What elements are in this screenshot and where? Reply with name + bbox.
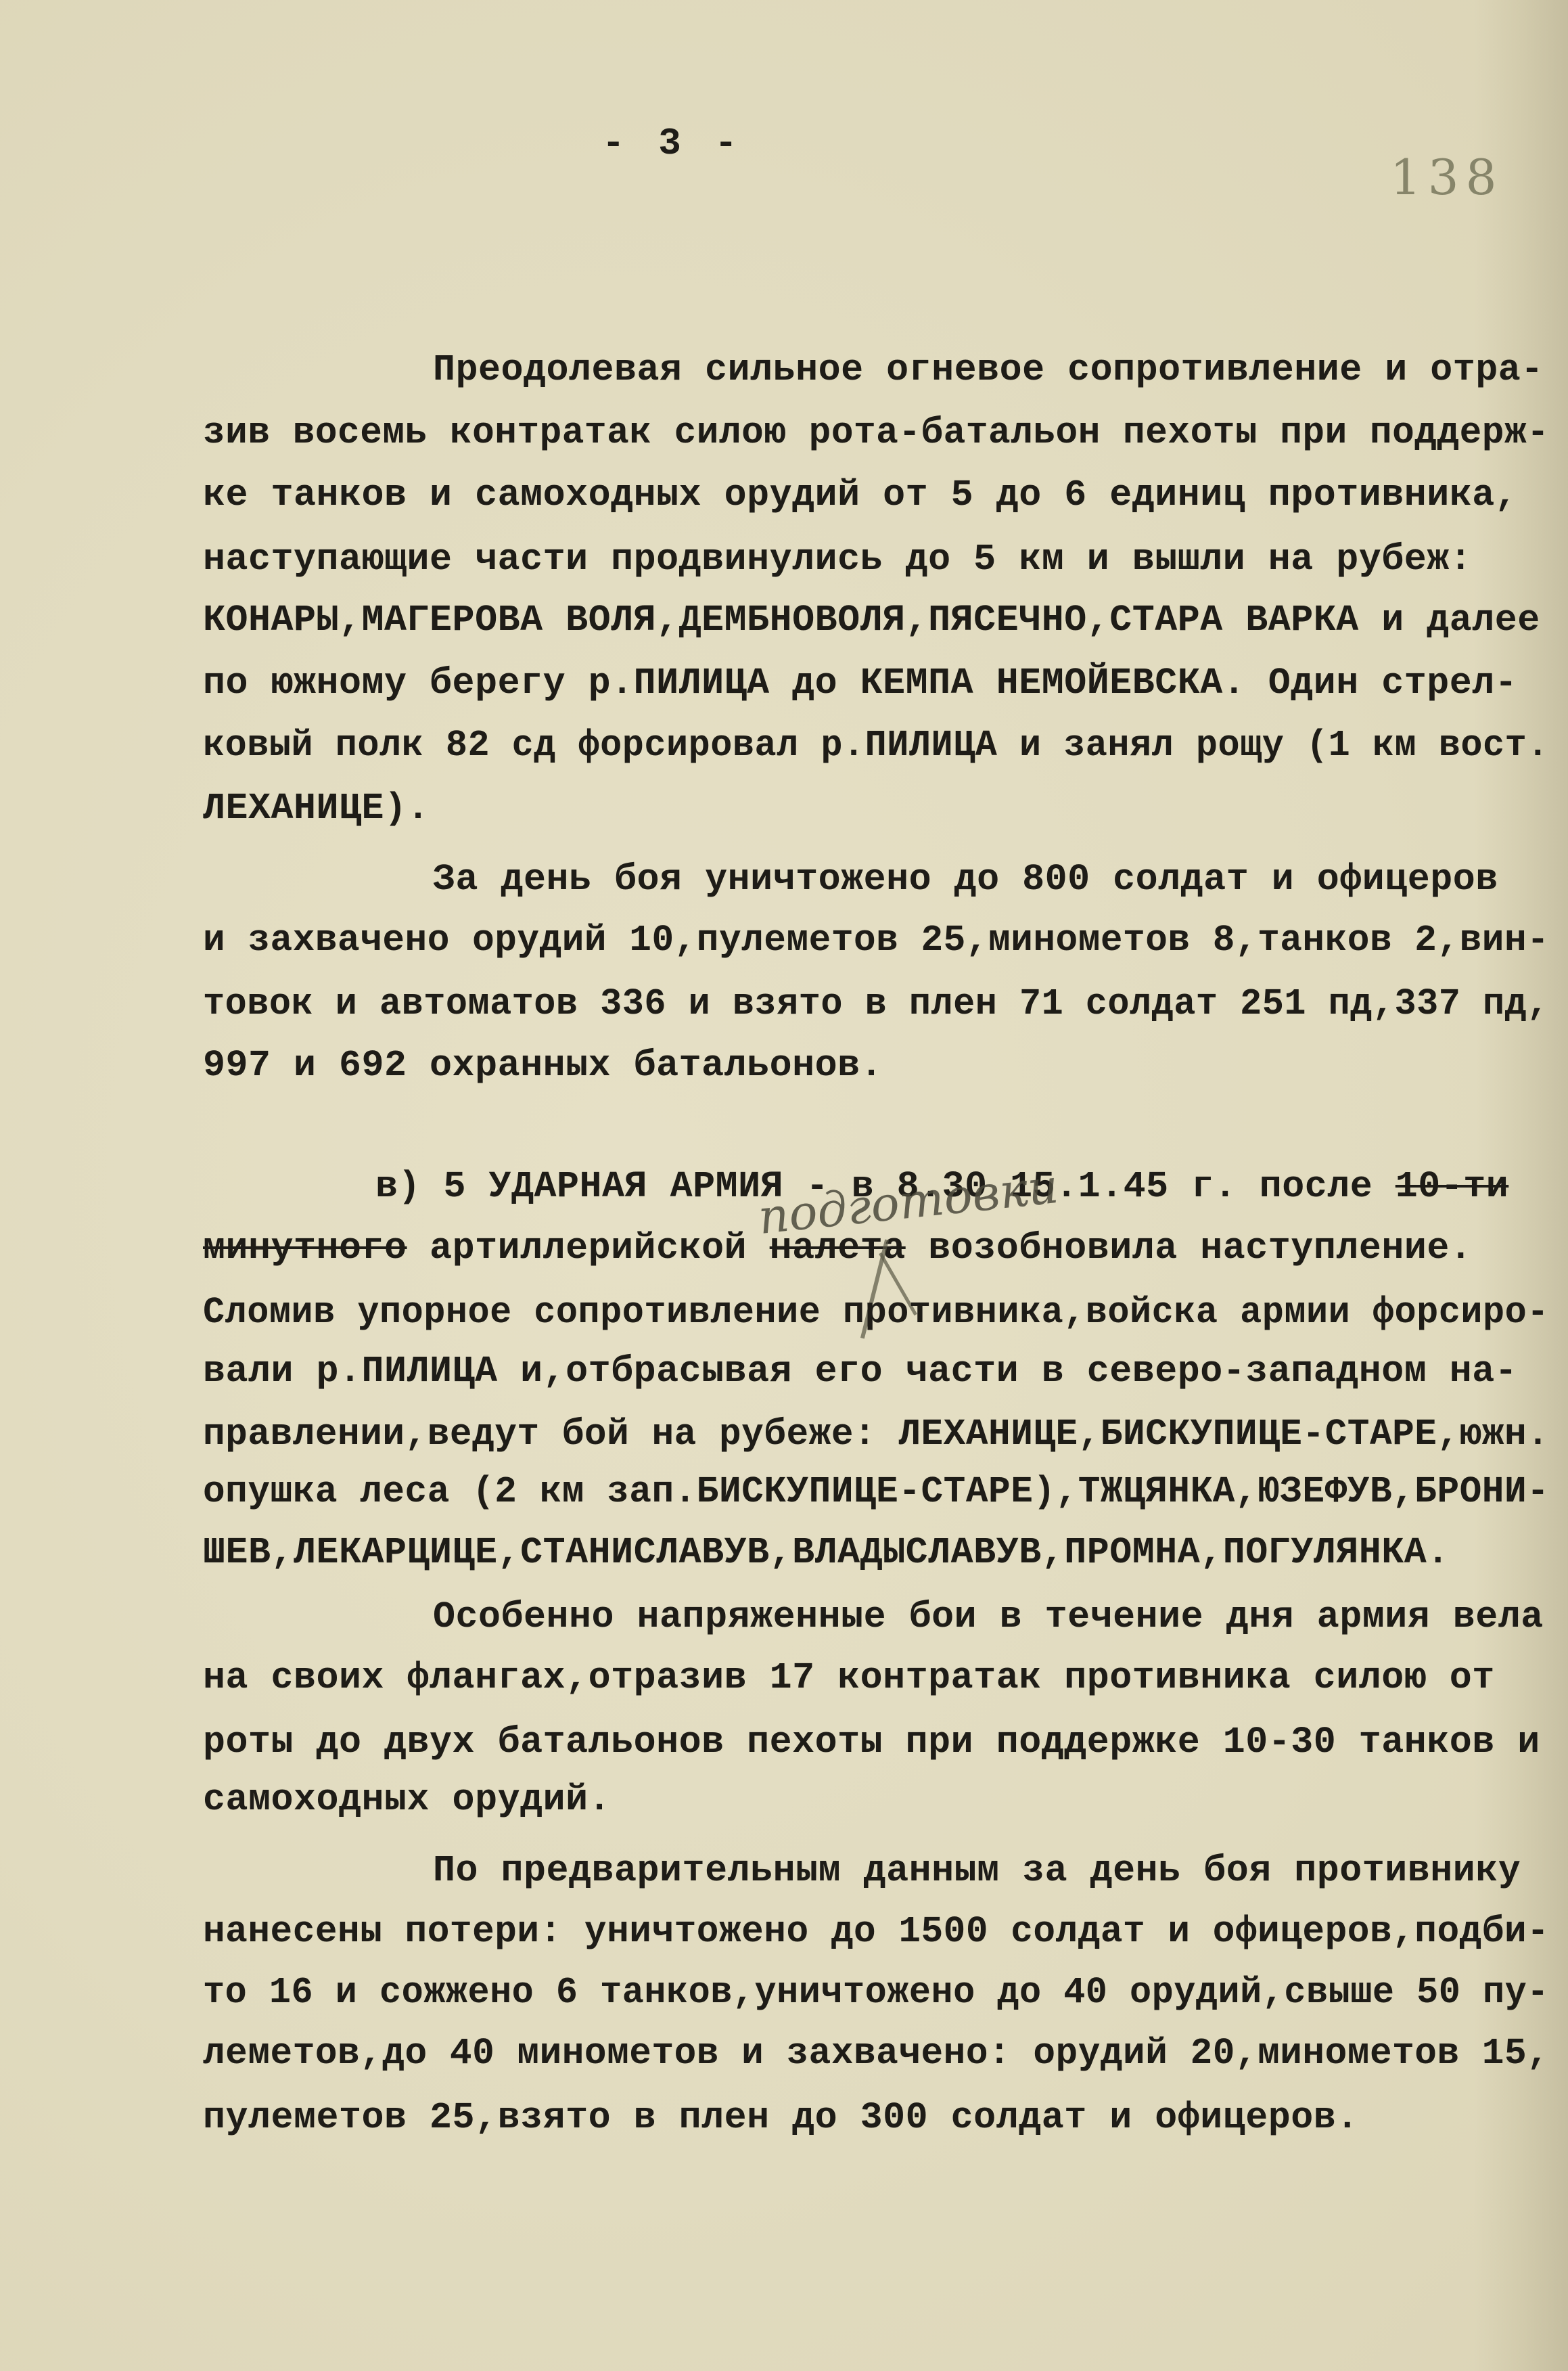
- text-line: и захвачено орудий 10,пулеметов 25,мином…: [203, 919, 1549, 962]
- text-span: й: [724, 1227, 747, 1269]
- text-line: Особенно напряженные бои в течение дня а…: [433, 1596, 1544, 1638]
- text-line: Преодолевая сильное огневое сопротивлени…: [433, 348, 1544, 391]
- text-span: возобновила наступление.: [906, 1227, 1473, 1269]
- document-page: - 3 - 138 Преодолевая сильное огневое со…: [0, 0, 1568, 2371]
- archive-stamp: 138: [1390, 149, 1503, 206]
- text-line: зив восемь контратак силою рота-батальон…: [203, 411, 1549, 454]
- text-line: по южному берегу р.ПИЛИЦА до КЕМПА НЕМОЙ…: [203, 662, 1517, 704]
- text-line: самоходных орудий.: [203, 1778, 611, 1821]
- text-line: нанесены потери: уничтожено до 1500 солд…: [203, 1910, 1549, 1953]
- text-line: ковый полк 82 сд форсировал р.ПИЛИЦА и з…: [203, 724, 1549, 767]
- struck-text: 10-ти: [1396, 1165, 1509, 1208]
- text-line: По предварительным данным за день боя пр…: [433, 1849, 1521, 1892]
- text-line: опушка леса (2 км зап.БИСКУПИЦЕ-СТАРЕ),Т…: [203, 1470, 1549, 1513]
- text-line: 997 и 692 охранных батальонов.: [203, 1044, 883, 1087]
- text-line: на своих флангах,отразив 17 контратак пр…: [203, 1656, 1495, 1699]
- text-line: За день боя уничтожено до 800 солдат и о…: [433, 858, 1498, 901]
- text-line: вали р.ПИЛИЦА и,отбрасывая его части в с…: [203, 1350, 1517, 1393]
- text-line: правлении,ведут бой на рубеже: ЛЕХАНИЦЕ,…: [203, 1413, 1549, 1455]
- struck-text: минутного: [203, 1227, 407, 1269]
- text-line: пулеметов 25,взято в плен до 300 солдат …: [203, 2096, 1359, 2139]
- page-number: - 3 -: [602, 122, 743, 165]
- text-line: ШЕВ,ЛЕКАРЦИЦЕ,СТАНИСЛАВУВ,ВЛАДЫСЛАВУВ,ПР…: [203, 1531, 1450, 1574]
- text-line: наступающие части продвинулись до 5 км и…: [203, 538, 1472, 581]
- text-line: ЛЕХАНИЦЕ).: [203, 787, 430, 830]
- text-line: то 16 и сожжено 6 танков,уничтожено до 4…: [203, 1971, 1549, 2014]
- text-line: роты до двух батальонов пехоты при подде…: [203, 1721, 1540, 1763]
- text-line: ке танков и самоходных орудий от 5 до 6 …: [203, 474, 1517, 516]
- text-line: Сломив упорное сопротивление противника,…: [203, 1291, 1549, 1334]
- text-line: КОНАРЫ,МАГЕРОВА ВОЛЯ,ДЕМБНОВОЛЯ,ПЯСЕЧНО,…: [203, 599, 1540, 641]
- text-line: товок и автоматов 336 и взято в плен 71 …: [203, 983, 1549, 1025]
- text-line: леметов,до 40 минометов и захвачено: ору…: [203, 2032, 1549, 2075]
- text-span: артиллерийско: [407, 1227, 724, 1269]
